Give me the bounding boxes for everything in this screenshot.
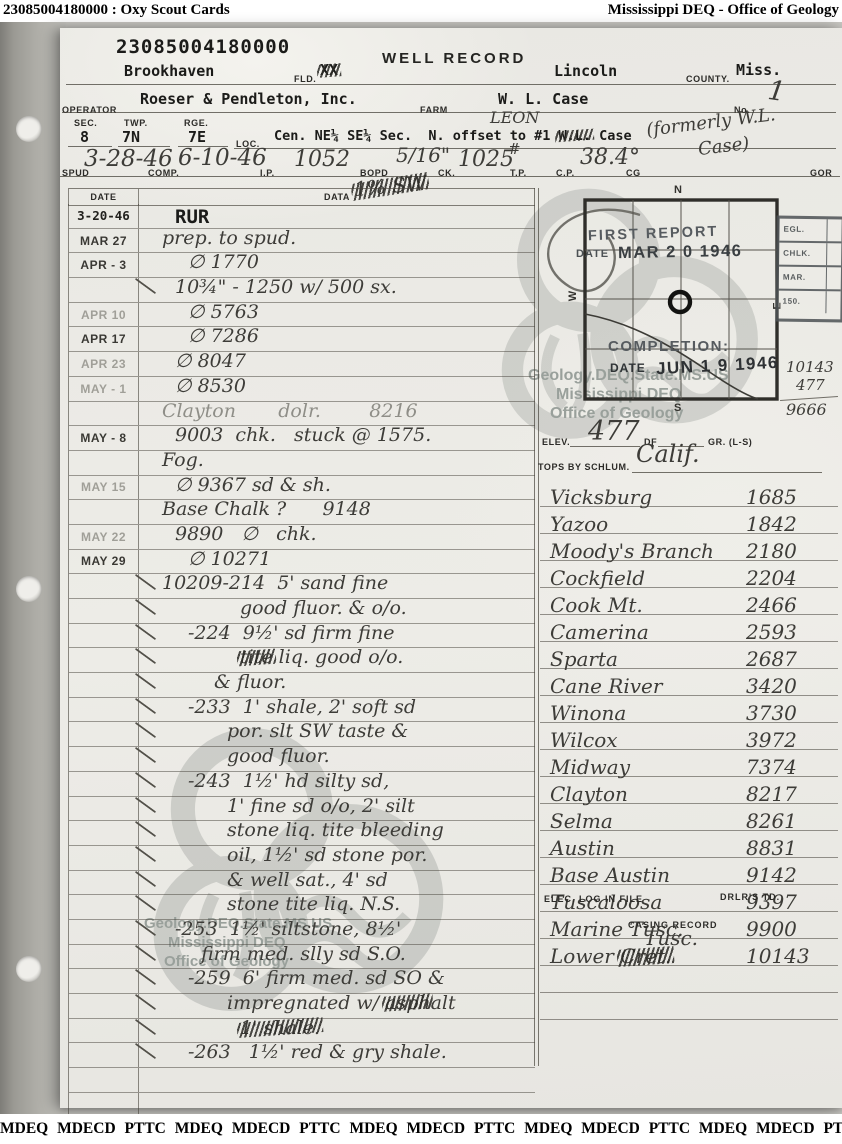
log-entry-text: impregnated w/ asphalt [139, 992, 535, 1016]
sec-label: SEC. [74, 118, 97, 128]
log-row [69, 1068, 535, 1093]
first-report-date-label: DATE [576, 248, 609, 260]
compass-west: W [567, 291, 579, 301]
log-rows: 3-20-46 RUR MAR 27 prep. to spud. APR - … [68, 204, 535, 1142]
log-data-cell: stone tite liq. N.S. [139, 895, 535, 919]
formation-name: Base Austin [550, 863, 670, 887]
log-date-cell: MAY - 1 [69, 377, 139, 401]
formation-depth: 9900 [746, 917, 797, 941]
calc-td: 10143 [786, 358, 834, 376]
log-date-cell [69, 624, 139, 648]
formation-name: Austin [550, 836, 615, 860]
log-entry-text: good fluor. & o/o. [139, 597, 535, 621]
elev-value: 477 [588, 416, 640, 447]
compass-north: N [674, 184, 682, 196]
stamp-box-label: 150. [782, 297, 800, 306]
log-date-cell [69, 1043, 139, 1067]
formation-depth: 10143 [746, 944, 810, 968]
log-entry-text: & well sat., 4' sd [139, 869, 535, 893]
log-date-cell [69, 1068, 139, 1092]
log-date-cell [69, 920, 139, 944]
drlrs-td-label: DRLR'S TD. [720, 892, 780, 902]
log-data-cell: -243 1½' hd silty sd, [139, 772, 535, 796]
viewer-header-bar: 23085004180000 : Oxy Scout Cards Mississ… [0, 0, 842, 22]
formation-row: Cockfield 2204 [540, 561, 838, 588]
log-data-cell: stone liq. tite bleeding [139, 821, 535, 845]
log-entry-text: -243 1½' hd silty sd, [139, 770, 535, 794]
log-date: APR - 3 [80, 258, 126, 272]
card-title: WELL RECORD [382, 50, 526, 67]
log-date-cell [69, 278, 139, 302]
formation-name: Selma [550, 809, 613, 833]
log-data-cell [139, 1093, 535, 1117]
scanned-well-record-page: 23085004180000 : Oxy Scout Cards Mississ… [0, 0, 842, 1144]
stamp-box-row: MAR. [779, 267, 841, 292]
log-data-cell: prep. to spud. [139, 229, 535, 253]
log-data-cell: -224 9½' sd firm fine [139, 624, 535, 648]
formation-row: Vicksburg 1685 [540, 480, 838, 507]
farm-label: FARM [420, 105, 448, 115]
log-row: & well sat., 4' sd [69, 871, 535, 896]
operator-label: OPERATOR [62, 105, 117, 115]
log-entry-text: prep. to spud. [139, 227, 535, 251]
log-data-cell: ∅ 7286 [139, 327, 535, 351]
log-entry-text: -253 1½' siltstone, 8½' [139, 918, 535, 942]
log-entry-text: tite liq. good o/o. [139, 646, 535, 670]
formation-row: Cane River 3420 [540, 669, 838, 696]
formation-depth: 7374 [746, 755, 797, 779]
log-entry-text: 1' fine sd o/o, 2' silt [139, 795, 535, 819]
formation-name: Wilcox [550, 728, 618, 752]
formation-name: Vicksburg [550, 485, 652, 509]
log-data-cell: -253 1½' siltstone, 8½' [139, 920, 535, 944]
stamp-box-row: CHLK. [779, 243, 841, 268]
formation-row: Winona 3730 [540, 696, 838, 723]
log-date: APR 23 [81, 357, 126, 371]
cp-value: 38.4° [580, 145, 640, 170]
log-date-cell [69, 500, 139, 524]
log-date-cell [69, 722, 139, 746]
operator-name: Roeser & Pendleton, Inc. [140, 90, 357, 108]
log-entry-text: ∅ 7286 [139, 325, 535, 349]
log-date-cell [69, 1093, 139, 1117]
log-date-cell [69, 895, 139, 919]
log-data-cell: impregnated w/ asphalt [139, 994, 535, 1018]
log-entry-text: firm med. slly sd S.O. [139, 943, 535, 967]
log-data-cell: & well sat., 4' sd [139, 871, 535, 895]
formation-name: Sparta [550, 647, 618, 671]
routing-stamp-box: EGL.CHLK.MAR.150. [775, 216, 842, 323]
formation-row: Cook Mt. 2466 [540, 588, 838, 615]
log-date-cell: 3-20-46 [69, 204, 139, 228]
log-entry-text: -259 6' firm med. sd SO & [139, 967, 535, 991]
formation-name: Cook Mt. [550, 593, 643, 617]
formation-depth: 3420 [746, 674, 797, 698]
formation-row: Selma 8261 [540, 804, 838, 831]
log-data-cell: -233 1' shale, 2' soft sd [139, 698, 535, 722]
log-entry-text: 9003 chk. stuck @ 1575. [139, 424, 535, 448]
log-entry-text: 1' shale. [139, 1017, 535, 1041]
log-entry-text: -233 1' shale, 2' soft sd [139, 696, 535, 720]
twp-value: 7N [122, 128, 140, 146]
log-date-cell [69, 747, 139, 771]
log-date: MAY 15 [81, 480, 126, 494]
formation-depth: 2593 [746, 620, 797, 644]
log-data-cell: ∅ 1770 [139, 253, 535, 277]
log-date-cell: MAY 22 [69, 525, 139, 549]
log-entry-text: 10¾" - 1250 w/ 500 sx. [139, 276, 535, 300]
log-entry-text: Fog. [139, 449, 535, 473]
log-data-cell: ∅ 10271 [139, 550, 535, 574]
formation-row [540, 993, 838, 1020]
formation-row: Sparta 2687 [540, 642, 838, 669]
formation-row: Midway 7374 [540, 750, 838, 777]
log-date-cell [69, 846, 139, 870]
rge-label: RGE. [184, 118, 208, 128]
formation-row: Austin 8831 [540, 831, 838, 858]
log-entry-text: Base Chalk ? 9148 [139, 498, 535, 522]
tops-by-value: Calif. [636, 440, 700, 468]
log-data-cell: ∅ 8047 [139, 352, 535, 376]
first-report-date: MAR 2 0 1946 [618, 242, 743, 263]
formation-name: Clayton [550, 782, 628, 806]
formation-name: Moody's Branch [550, 539, 714, 563]
formation-depth: 2180 [746, 539, 797, 563]
log-entry-text: ∅ 5763 [139, 301, 535, 325]
elev-label: ELEV. [542, 437, 570, 447]
fld-label: FLD. [294, 74, 316, 84]
elec-log-label: ELEC. LOG IN FILE [544, 894, 643, 904]
log-entry-text: Clayton dolr. 8216 [139, 400, 535, 424]
log-row: 1' fine sd o/o, 2' silt [69, 797, 535, 822]
formation-row: Base Austin 9142 [540, 858, 838, 885]
hole-punch [16, 956, 42, 982]
log-date-cell: MAY 29 [69, 550, 139, 574]
log-row: firm med. slly sd S.O. [69, 945, 535, 970]
log-date-cell [69, 698, 139, 722]
well-no-value: 1 [766, 75, 787, 108]
log-data-cell: 1' shale. [139, 1019, 535, 1043]
formation-name: Winona [550, 701, 626, 725]
log-date-cell: APR 10 [69, 303, 139, 327]
formation-depth: 3730 [746, 701, 797, 725]
log-row: impregnated w/ asphalt [69, 994, 535, 1019]
log-row: APR 17 ∅ 7286 [69, 327, 535, 352]
log-row: & fluor. [69, 673, 535, 698]
log-entry-text: -224 9½' sd firm fine [139, 622, 535, 646]
stamp-box-row: 150. [778, 291, 840, 314]
log-data-cell [139, 1068, 535, 1092]
formation-depth: 8831 [746, 836, 797, 860]
formation-row [540, 966, 838, 993]
log-row: good fluor. [69, 747, 535, 772]
twp-label: TWP. [124, 118, 148, 128]
log-date-cell [69, 451, 139, 475]
field-name: Brookhaven [124, 62, 214, 80]
hole-punch [16, 576, 42, 602]
farm-name: W. L. Case [498, 90, 588, 108]
log-data-cell: tite liq. good o/o. [139, 648, 535, 672]
viewer-footer-text: MDEQ MDECD PTTC MDEQ MDECD PTTC MDEQ MDE… [0, 1120, 842, 1137]
log-row: APR - 3 ∅ 1770 [69, 253, 535, 278]
sec-value: 8 [80, 128, 89, 146]
log-data-cell: por. slt SW taste & [139, 722, 535, 746]
log-row: 10209-214 5' sand fine [69, 574, 535, 599]
log-date: MAY 22 [81, 530, 126, 544]
log-data-cell: 10¾" - 1250 w/ 500 sx. [139, 278, 535, 302]
compass-south: S [674, 402, 681, 414]
log-data-cell: firm med. slly sd S.O. [139, 945, 535, 969]
date-column-header: DATE [69, 189, 139, 205]
log-date-cell [69, 772, 139, 796]
log-date-cell [69, 402, 139, 426]
scan-background: Geology.DEQ.State.MS.US Mississippi DEQ … [0, 22, 842, 1114]
formation-depth: 8261 [746, 809, 797, 833]
log-data-cell: -263 1½' red & gry shale. [139, 1043, 535, 1067]
calc-elev: 477 [796, 376, 825, 394]
log-data-cell: -259 6' firm med. sd SO & [139, 969, 535, 993]
log-row: MAY 15 ∅ 9367 sd & sh. [69, 476, 535, 501]
log-date-cell [69, 1019, 139, 1043]
log-date-cell: APR - 3 [69, 253, 139, 277]
log-entry-text: por. slt SW taste & [139, 720, 535, 744]
log-entry-text: good fluor. [139, 745, 535, 769]
log-row: -259 6' firm med. sd SO & [69, 969, 535, 994]
log-date: MAY - 8 [80, 431, 126, 445]
log-row: APR 23 ∅ 8047 [69, 352, 535, 377]
log-date-cell [69, 648, 139, 672]
loc-correction-above: LEON [490, 108, 539, 127]
log-data-cell: 10209-214 5' sand fine [139, 574, 535, 598]
formation-depth: 2204 [746, 566, 797, 590]
stamp-box-label: CHLK. [783, 249, 811, 258]
log-entry-text: ∅ 8047 [139, 350, 535, 374]
log-row: APR 10 ∅ 5763 [69, 303, 535, 328]
log-date-cell: APR 23 [69, 352, 139, 376]
formation-depth: 1685 [746, 485, 797, 509]
loc-description: Cen. NE¼ SE¼ Sec. N. offset to #1 W.L. C… [274, 128, 632, 144]
log-date-cell [69, 599, 139, 623]
log-row: 10¾" - 1250 w/ 500 sx. [69, 278, 535, 303]
log-entry-text: -263 1½' red & gry shale. [139, 1041, 535, 1065]
log-data-cell: oil, 1½' sd stone por. [139, 846, 535, 870]
log-data-cell: RUR [139, 204, 535, 228]
log-data-cell: & fluor. [139, 673, 535, 697]
log-entry-text: stone tite liq. N.S. [139, 893, 535, 917]
gr-label: GR. (L-S) [708, 437, 752, 447]
formation-depth: 2466 [746, 593, 797, 617]
log-date-cell [69, 945, 139, 969]
log-date-cell [69, 871, 139, 895]
rge-value: 7E [188, 128, 206, 146]
log-row: good fluor. & o/o. [69, 599, 535, 624]
log-entry-text: 10209-214 5' sand fine [139, 572, 535, 596]
log-date-cell: MAY - 8 [69, 426, 139, 450]
log-row: stone liq. tite bleeding [69, 821, 535, 846]
log-data-cell: ∅ 5763 [139, 303, 535, 327]
choke-value: 5/16" [396, 143, 450, 167]
log-date: APR 10 [81, 308, 126, 322]
log-entry-text: ∅ 10271 [139, 548, 535, 572]
formation-name: Midway [550, 755, 630, 779]
log-row: tite liq. good o/o. [69, 648, 535, 673]
log-date: MAR 27 [80, 234, 127, 248]
formation-depth: 3972 [746, 728, 797, 752]
log-row: stone tite liq. N.S. [69, 895, 535, 920]
log-row: oil, 1½' sd stone por. [69, 846, 535, 871]
formation-depth: 9142 [746, 863, 797, 887]
log-date-cell [69, 994, 139, 1018]
log-row: -224 9½' sd firm fine [69, 624, 535, 649]
log-row: Clayton dolr. 8216 [69, 402, 535, 427]
viewer-footer-bar: MDEQ MDECD PTTC MDEQ MDECD PTTC MDEQ MDE… [0, 1114, 842, 1144]
log-data-cell: Fog. [139, 451, 535, 475]
log-date-cell [69, 969, 139, 993]
viewer-header-left: 23085004180000 : Oxy Scout Cards [3, 2, 230, 19]
log-date-cell: APR 17 [69, 327, 139, 351]
loc-note-line2: Case) [697, 133, 751, 160]
log-row: Fog. [69, 451, 535, 476]
log-row: -263 1½' red & gry shale. [69, 1043, 535, 1068]
log-entry-text: & fluor. [139, 671, 535, 695]
log-date: MAY - 1 [80, 382, 126, 396]
stamp-box-row: EGL. [779, 219, 841, 244]
log-data-cell: good fluor. [139, 747, 535, 771]
log-date-cell [69, 821, 139, 845]
log-date-cell [69, 673, 139, 697]
ck-value: 1025 [458, 147, 514, 172]
log-entry-text: 9890 ∅ chk. [139, 523, 535, 547]
completion-stamp: COMPLETION: [608, 338, 730, 355]
log-row: por. slt SW taste & [69, 722, 535, 747]
fld-crossed-value: XX [320, 61, 338, 79]
log-data-cell: good fluor. & o/o. [139, 599, 535, 623]
county-name: Lincoln [554, 62, 617, 80]
data-column-header: DATA [139, 189, 535, 205]
stamp-box-label: MAR. [783, 273, 806, 282]
log-data-cell: ∅ 9367 sd & sh. [139, 476, 535, 500]
log-row: -253 1½' siltstone, 8½' [69, 920, 535, 945]
log-data-cell: 1' fine sd o/o, 2' silt [139, 797, 535, 821]
formation-row: Camerina 2593 [540, 615, 838, 642]
log-date-cell [69, 797, 139, 821]
log-row: Base Chalk ? 9148 [69, 500, 535, 525]
log-date-cell: MAR 27 [69, 229, 139, 253]
county-label: COUNTY. [686, 74, 730, 84]
log-data-cell: 9890 ∅ chk. [139, 525, 535, 549]
log-entry-text: ∅ 9367 sd & sh. [139, 474, 535, 498]
formation-row: Wilcox 3972 [540, 723, 838, 750]
log-row: -243 1½' hd silty sd, [69, 772, 535, 797]
log-row: MAY 29 ∅ 10271 [69, 550, 535, 575]
log-entry-text: stone liq. tite bleeding [139, 819, 535, 843]
hole-punch [16, 116, 42, 142]
calc-result: 9666 [786, 400, 827, 419]
log-row: MAR 27 prep. to spud. [69, 229, 535, 254]
log-data-cell: ∅ 8530 [139, 377, 535, 401]
log-row: MAY 22 9890 ∅ chk. [69, 525, 535, 550]
formation-name: Yazoo [550, 512, 608, 536]
comp-date: 6-10-46 [178, 145, 267, 171]
log-row: 1' shale. [69, 1019, 535, 1044]
log-date-cell: MAY 15 [69, 476, 139, 500]
formation-depth: 8217 [746, 782, 797, 806]
log-date: MAY 29 [81, 554, 126, 568]
formation-depth: 2687 [746, 647, 797, 671]
log-data-cell: 9003 chk. stuck @ 1575. [139, 426, 535, 450]
formation-row: Yazoo 1842 [540, 507, 838, 534]
log-row: 3-20-46 RUR [69, 204, 535, 229]
log-date: APR 17 [81, 332, 126, 346]
formation-name: Camerina [550, 620, 649, 644]
log-data-cell: Base Chalk ? 9148 [139, 500, 535, 524]
log-entry-text: oil, 1½' sd stone por. [139, 844, 535, 868]
log-row: MAY - 8 9003 chk. stuck @ 1575. [69, 426, 535, 451]
viewer-header-right: Mississippi DEQ - Office of Geology [608, 2, 839, 19]
log-entry-text: ∅ 8530 [139, 375, 535, 399]
formation-name: Cane River [550, 674, 662, 698]
log-date-cell [69, 574, 139, 598]
casing-record-label: CASING RECORD [628, 920, 718, 930]
log-row: MAY - 1 ∅ 8530 [69, 377, 535, 402]
api-number: 23085004180000 [116, 36, 290, 58]
loc-note-line1: (formerly W.L. [645, 104, 776, 141]
log-entry-text: ∅ 1770 [139, 251, 535, 275]
log-row: -233 1' shale, 2' soft sd [69, 698, 535, 723]
tops-label: TOPS BY SCHLUM. [538, 462, 630, 472]
formation-depth: 1842 [746, 512, 797, 536]
log-data-cell: Clayton dolr. 8216 [139, 402, 535, 426]
stamp-box-label: EGL. [783, 225, 804, 234]
well-record-card: Geology.DEQ.State.MS.US Mississippi DEQ … [60, 28, 842, 1108]
completion-date-label: DATE [610, 361, 646, 375]
formation-name: Cockfield [550, 566, 645, 590]
ip-value: 1052 [294, 147, 350, 172]
formation-row: Clayton 8217 [540, 777, 838, 804]
log-date: 3-20-46 [77, 208, 130, 223]
formation-row: Moody's Branch 2180 [540, 534, 838, 561]
